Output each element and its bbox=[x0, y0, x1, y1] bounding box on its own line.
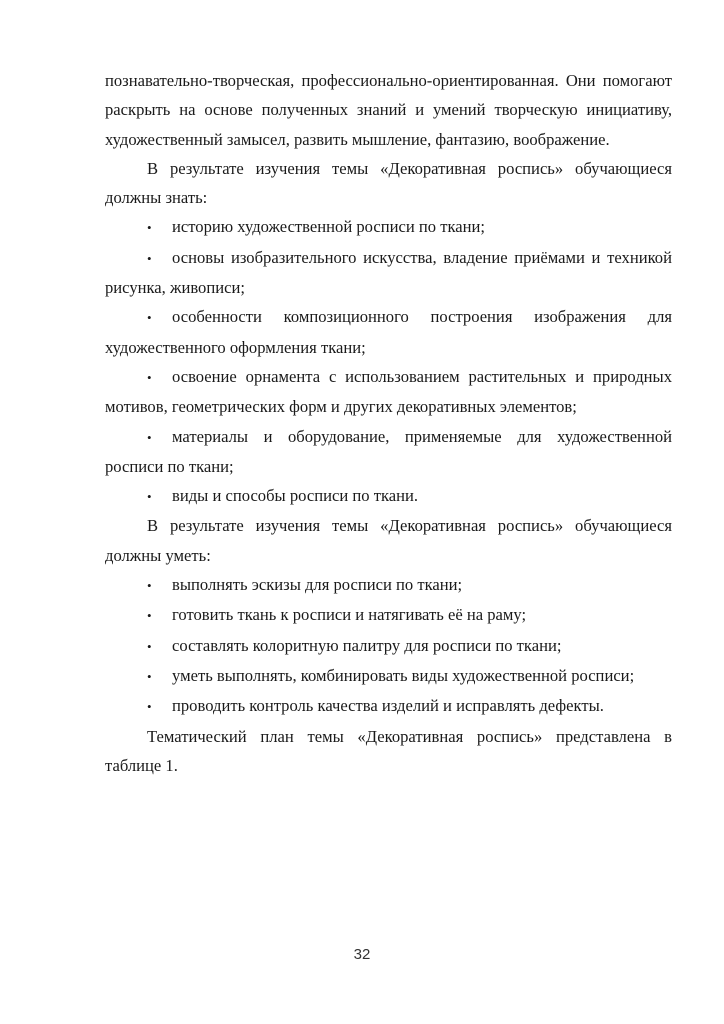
list-item-skill: •выполнять эскизы для росписи по ткани; bbox=[105, 570, 672, 600]
list-item-skill: •готовить ткань к росписи и натягивать е… bbox=[105, 600, 672, 630]
bullet-icon: • bbox=[147, 244, 172, 273]
list-item-text: составлять колоритную палитру для роспис… bbox=[172, 636, 561, 655]
bullet-icon: • bbox=[147, 363, 172, 392]
list-item-text: уметь выполнять, комбинировать виды худо… bbox=[172, 666, 634, 685]
list-item-know: •основы изобразительного искусства, влад… bbox=[105, 243, 672, 303]
list-item-text: историю художественной росписи по ткани; bbox=[172, 217, 485, 236]
list-item-know: •виды и способы росписи по ткани. bbox=[105, 481, 672, 511]
bullet-icon: • bbox=[147, 632, 172, 661]
list-item-text: особенности композиционного построения и… bbox=[105, 307, 672, 356]
list-item-text: проводить контроль качества изделий и ис… bbox=[172, 696, 604, 715]
list-item-know: •особенности композиционного построения … bbox=[105, 302, 672, 362]
paragraph-thematic-plan-reference: Тематический план темы «Декоративная рос… bbox=[105, 722, 672, 781]
list-item-know: •освоение орнамента с использованием рас… bbox=[105, 362, 672, 422]
page-number: 32 bbox=[0, 946, 724, 963]
bullet-icon: • bbox=[147, 423, 172, 452]
bullet-icon: • bbox=[147, 303, 172, 332]
list-item-text: выполнять эскизы для росписи по ткани; bbox=[172, 575, 462, 594]
list-item-text: материалы и оборудование, применяемые дл… bbox=[105, 427, 672, 476]
list-item-know: •историю художественной росписи по ткани… bbox=[105, 212, 672, 242]
paragraph-know-intro: В результате изучения темы «Декоративная… bbox=[105, 154, 672, 213]
list-item-text: виды и способы росписи по ткани. bbox=[172, 486, 418, 505]
bullet-icon: • bbox=[147, 213, 172, 242]
bullet-icon: • bbox=[147, 601, 172, 630]
list-item-text: освоение орнамента с использованием раст… bbox=[105, 367, 672, 416]
bullet-icon: • bbox=[147, 571, 172, 600]
paragraph-intro-continuation: познавательно-творческая, профессиональн… bbox=[105, 66, 672, 154]
bullet-icon: • bbox=[147, 482, 172, 511]
list-item-skill: •составлять колоритную палитру для роспи… bbox=[105, 631, 672, 661]
list-item-know: •материалы и оборудование, применяемые д… bbox=[105, 422, 672, 482]
list-item-text: готовить ткань к росписи и натягивать её… bbox=[172, 605, 526, 624]
bullet-icon: • bbox=[147, 692, 172, 721]
list-item-skill: •уметь выполнять, комбинировать виды худ… bbox=[105, 661, 672, 691]
bullet-icon: • bbox=[147, 662, 172, 691]
paragraph-skills-intro: В результате изучения темы «Декоративная… bbox=[105, 511, 672, 570]
list-item-text: основы изобразительного искусства, владе… bbox=[105, 248, 672, 297]
list-item-skill: •проводить контроль качества изделий и и… bbox=[105, 691, 672, 721]
document-page-body: познавательно-творческая, профессиональн… bbox=[105, 66, 672, 780]
